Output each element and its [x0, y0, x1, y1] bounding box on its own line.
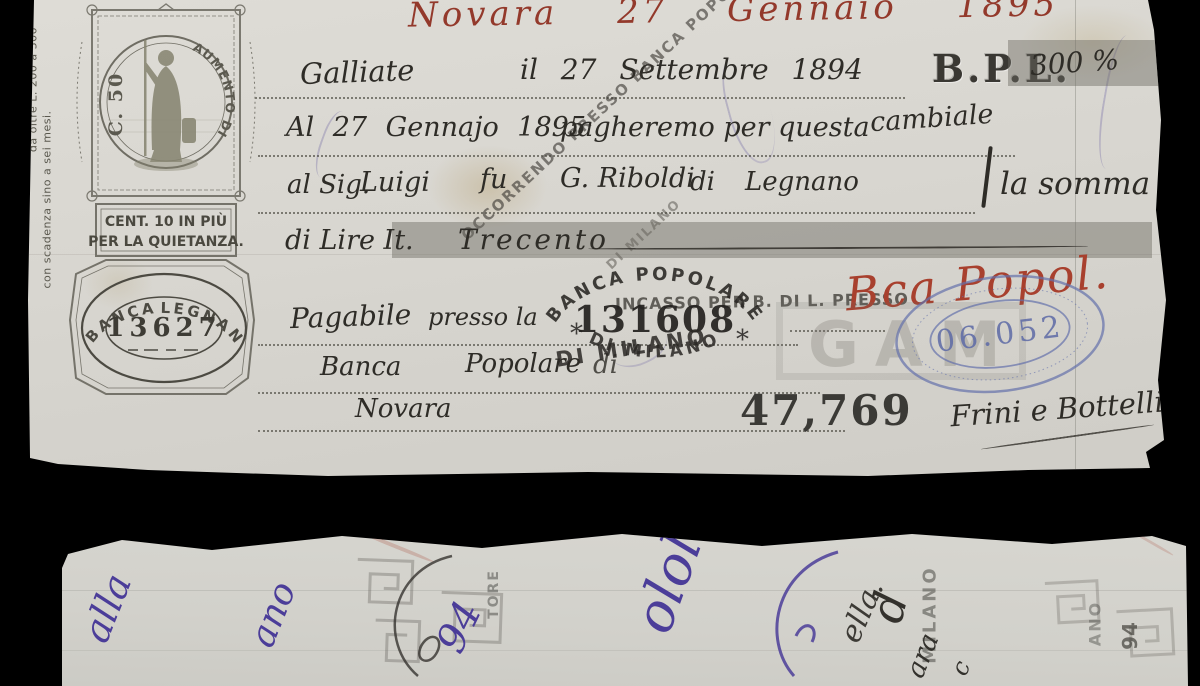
fold-crease [62, 590, 1188, 591]
legnano-stamp-number: 13627 [106, 313, 221, 343]
bill-back-photo: alla ano 94 olol ella. TORE MILANO ANO 9… [62, 528, 1188, 686]
duty-value-text: C. 50 [105, 72, 127, 136]
red-smudge [1125, 526, 1174, 556]
rule-line [258, 212, 975, 214]
payee-father: G. Riboldi [560, 163, 695, 194]
place-written: Galliate [299, 53, 415, 91]
svg-text:AUMENTO DI 2/10: AUMENTO DI 2/10 [42, 2, 238, 140]
serial-number-printed: 47,769 [740, 386, 913, 435]
promise-text-written: pagheremo per questa [560, 112, 870, 143]
back-ink-fragment: c [945, 657, 976, 680]
blue-stamp-number: 06.052 [934, 309, 1066, 359]
amount-figures-written: 300 % [1029, 43, 1120, 82]
payee-name: Luigi [360, 167, 430, 198]
quietanza-line2: PER LA QUIETANZA. [88, 234, 244, 250]
photo-background: { "front": { "red_note": "Novara 27 Genn… [0, 0, 1200, 686]
italia-figure [134, 40, 198, 171]
quietanza-line1: CENT. 10 IN PIÙ [105, 212, 227, 230]
rule-line [258, 155, 1015, 157]
ink-flourish-purple [750, 544, 860, 684]
rule-line [258, 392, 820, 394]
payee-of: di [690, 167, 715, 197]
endorsement-fragment: ano [242, 576, 305, 653]
surcharge-arc-text: AUMENTO DI 2/10 [42, 2, 238, 140]
oval-bank-stamp: BANCA POPOLARE DI MILANO 131608 * * [520, 252, 790, 402]
oval-stamp-star-right: * [736, 325, 749, 355]
issue-date-written: il 27 Settembre 1894 [520, 53, 863, 86]
endorsement-fragment: olol [621, 526, 714, 641]
back-stamp-fragment: 94 [1118, 616, 1142, 656]
back-stamp-fragment: TORE [486, 554, 502, 634]
ink-flourish [360, 550, 500, 686]
meander-pattern [1034, 568, 1189, 676]
promise-tail-written: cambiale [869, 99, 994, 139]
payee-patronymic: fu [480, 164, 507, 195]
maturity-date-written: Al 27 Gennajo 1895 [286, 112, 586, 143]
red-presentation-note: Novara 27 Gennaio 1895 [408, 0, 1060, 36]
revenue-stamp-side-text: da oltre L. 200 a 300 [27, 0, 40, 190]
currency-label: di Lire It. [285, 225, 414, 256]
endorsement-fragment: alla [73, 567, 140, 648]
sum-label-written: la somma [1000, 166, 1150, 202]
payable-place-written: Novara [355, 394, 452, 424]
bill-front-photo: Novara 27 Gennaio 1895 Galliate il 27 Se… [28, 0, 1168, 478]
payee-place: Legnano [745, 167, 859, 197]
back-stamp-fragment: ANO [1086, 594, 1105, 654]
revenue-stamp: C. 50 AUMENTO DI 2/10 CENT. 10 IN PIÙ PE… [42, 2, 262, 412]
rule-line [255, 97, 905, 99]
payable-word: Pagabile [289, 298, 411, 335]
payee-prefix: al Sig. [287, 170, 370, 200]
fold-crease [62, 650, 1188, 651]
bank-name-written-1: Banca [320, 352, 401, 382]
